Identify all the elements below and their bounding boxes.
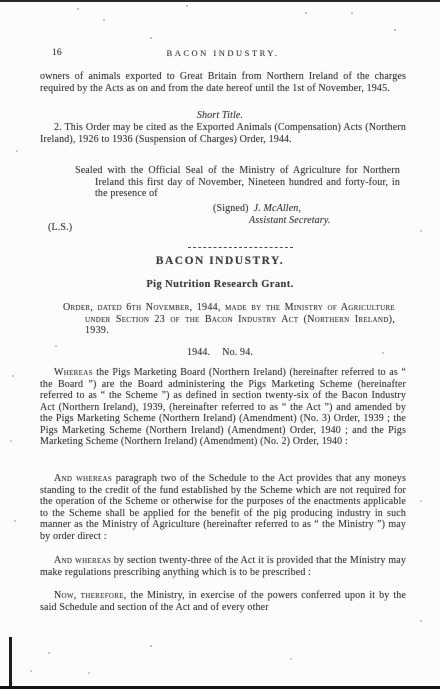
short-title-heading: Short Title. bbox=[0, 110, 440, 122]
clause-2-paragraph: 2. This Order may be cited as the Export… bbox=[40, 122, 406, 145]
order-number: No. 94. bbox=[222, 347, 253, 358]
recital-whereas-3: And whereas by section twenty-three of t… bbox=[40, 555, 406, 578]
signed-label: (Signed) bbox=[213, 203, 249, 214]
scanned-document-page: 16 BACON INDUSTRY. owners of animals exp… bbox=[0, 0, 440, 689]
order-subheading: Pig Nutrition Research Grant. bbox=[0, 279, 440, 291]
continuation-paragraph: owners of animals exported to Great Brit… bbox=[40, 71, 406, 94]
recital-whereas-2: And whereas paragraph two of the Schedul… bbox=[40, 473, 406, 542]
recital-2-lead: And whereas bbox=[54, 473, 112, 484]
recital-1-text: the Pigs Marketing Board (Northern Irela… bbox=[40, 367, 406, 447]
operative-clause: Now, therefore, the Ministry, in exercis… bbox=[40, 590, 406, 613]
order-heading: BACON INDUSTRY. bbox=[0, 256, 440, 268]
order-year: 1944. bbox=[187, 347, 210, 358]
seal-mark: (L.S.) bbox=[48, 222, 72, 234]
sealing-clause: Sealed with the Official Seal of the Min… bbox=[75, 165, 400, 200]
signature-title: Assistant Secretary. bbox=[249, 215, 331, 227]
section-divider-rule bbox=[188, 247, 293, 248]
running-header: 16 BACON INDUSTRY. bbox=[40, 48, 406, 60]
operative-lead: Now, therefore, bbox=[54, 590, 127, 601]
signature-name: J. McAllen, bbox=[254, 203, 301, 214]
recital-whereas-1: Whereas the Pigs Marketing Board (Northe… bbox=[40, 367, 406, 448]
recital-3-lead: And whereas bbox=[54, 555, 111, 566]
page-content: 16 BACON INDUSTRY. owners of animals exp… bbox=[0, 0, 440, 689]
recital-1-lead: Whereas bbox=[54, 367, 93, 378]
page-number: 16 bbox=[52, 48, 62, 60]
order-number-line: 1944.No. 94. bbox=[0, 347, 440, 359]
order-caption: Order, dated 6th November, 1944, made by… bbox=[63, 302, 395, 337]
signature-line: (Signed)J. McAllen, bbox=[213, 203, 301, 215]
running-title: BACON INDUSTRY. bbox=[40, 48, 406, 60]
